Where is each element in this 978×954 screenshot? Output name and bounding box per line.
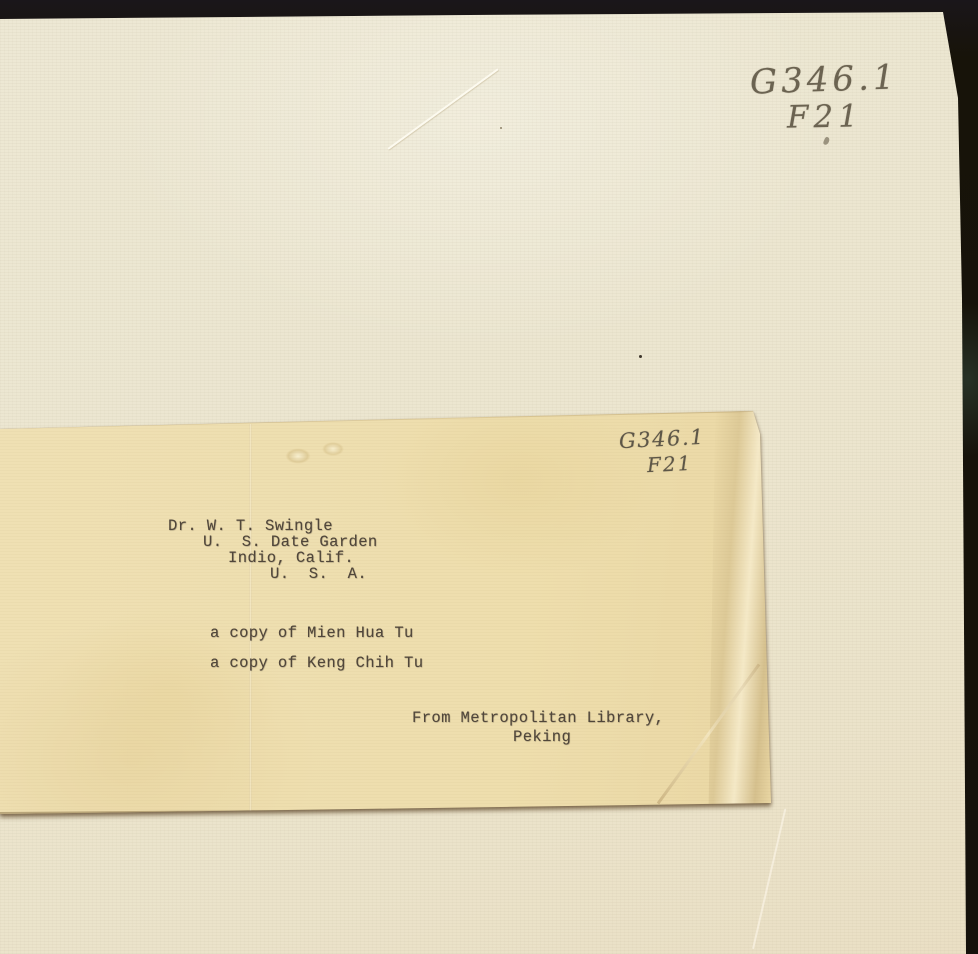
enclosure-item-line: a copy of Mien Hua Tu — [210, 625, 414, 641]
address-line-country: U. S. A. — [270, 566, 367, 582]
mailing-wrapper-slip: G346.1 F21 Dr. W. T. Swingle U. S. Date … — [0, 0, 978, 954]
slip-fold-band — [708, 405, 777, 814]
slip-call-number-line2: F21 — [646, 451, 693, 477]
slip-bottom-edge — [0, 807, 772, 814]
photo-background: G346.1 F21 G346.1 F21 Dr. W. T. Swingle … — [0, 0, 978, 954]
address-line-recipient: Dr. W. T. Swingle — [168, 518, 333, 534]
address-line-city: Indio, Calif. — [228, 550, 354, 566]
sender-line: From Metropolitan Library, — [412, 710, 664, 726]
slip-vertical-crease — [249, 424, 252, 812]
address-line-organization: U. S. Date Garden — [203, 534, 378, 550]
album-backing-board: G346.1 F21 G346.1 F21 Dr. W. T. Swingle … — [0, 0, 978, 954]
slip-call-number-line1: G346.1 — [618, 425, 705, 453]
slip-top-edge — [0, 410, 756, 429]
slip-shadow-wrapper: G346.1 F21 Dr. W. T. Swingle U. S. Date … — [0, 0, 978, 954]
enclosure-item-line: a copy of Keng Chih Tu — [210, 655, 423, 671]
sender-city-line: Peking — [513, 729, 571, 745]
